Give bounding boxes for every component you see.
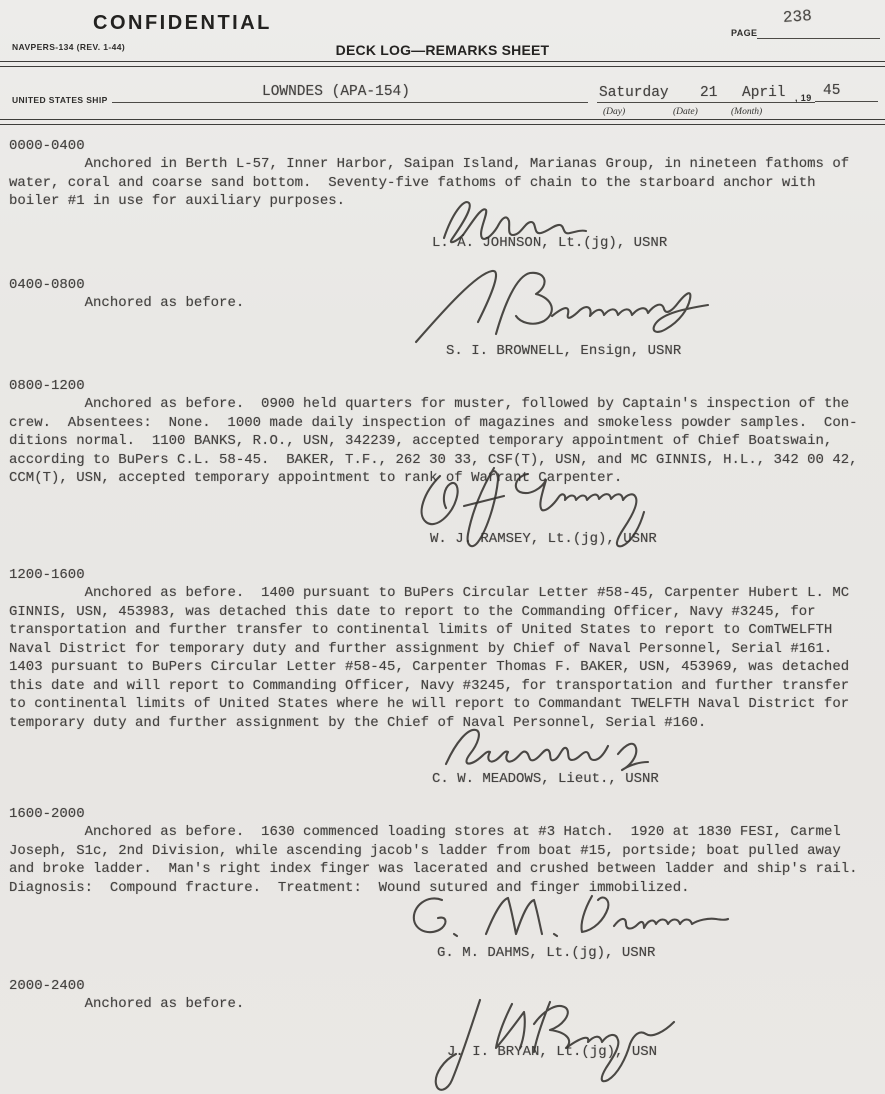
entry-time-range: 0000-0400 <box>9 137 85 156</box>
johnson-signature-handwriting <box>428 194 588 246</box>
page-label: PAGE <box>731 28 757 38</box>
brownell-signature-handwriting <box>410 264 712 346</box>
ship-name-line <box>112 102 588 103</box>
deck-log-remarks-sheet-page: CONFIDENTIAL 238 PAGE NAVPERS-134 (REV. … <box>0 0 885 1094</box>
ship-label: UNITED STATES SHIP <box>12 95 108 105</box>
entry-time-range: 0800-1200 <box>9 377 85 396</box>
meadows-signature-handwriting <box>436 724 654 772</box>
ship-row-double-rule <box>0 119 885 125</box>
date-year: 45 <box>823 82 840 101</box>
day-caption: (Day) <box>603 107 625 117</box>
entry-text: Anchored as before. 1400 pursuant to BuP… <box>9 584 877 732</box>
date-date: 21 <box>700 84 717 103</box>
page-number-line <box>757 38 880 39</box>
date-day: Saturday <box>599 84 669 103</box>
bryan-signature-handwriting <box>418 992 708 1094</box>
dahms-signature-handwriting <box>400 888 730 944</box>
entry-time-range: 2000-2400 <box>9 977 85 996</box>
entry-time-range: 1200-1600 <box>9 566 85 585</box>
page-number: 238 <box>782 7 812 27</box>
date-caption: (Date) <box>673 107 698 117</box>
year-line <box>815 101 878 102</box>
header-double-rule <box>0 61 885 67</box>
month-caption: (Month) <box>731 107 762 117</box>
entry-time-range: 0400-0800 <box>9 276 85 295</box>
ship-name: LOWNDES (APA-154) <box>262 83 410 102</box>
entry-text: Anchored as before. 1630 commenced loadi… <box>9 823 877 897</box>
entry-time-range: 1600-2000 <box>9 805 85 824</box>
form-title: DECK LOG—REMARKS SHEET <box>0 42 885 58</box>
date-month: April <box>742 84 786 103</box>
signature-typed-name: C. W. MEADOWS, Lieut., USNR <box>432 770 659 789</box>
ramsey-signature-handwriting <box>406 464 698 558</box>
signature-typed-name: G. M. DAHMS, Lt.(jg), USNR <box>437 944 655 963</box>
classification-stamp: CONFIDENTIAL <box>93 12 272 35</box>
year-prefix: , 19 <box>795 93 812 103</box>
